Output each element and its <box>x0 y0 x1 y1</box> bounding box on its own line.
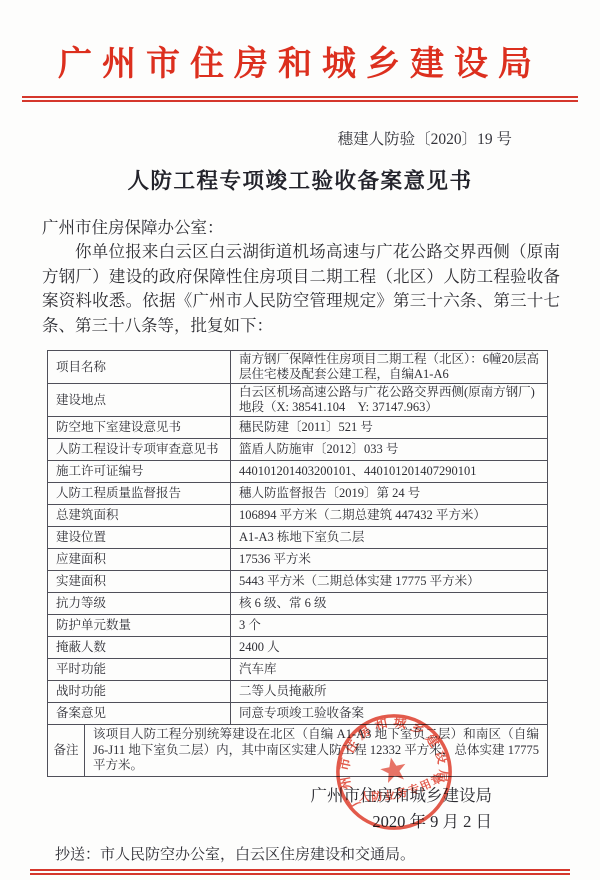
cc-line: 抄送：市人民防空办公室，白云区住房建设和交通局。 <box>55 843 560 864</box>
row-label: 人防工程设计专项审查意见书 <box>48 439 231 461</box>
row-label: 施工许可证编号 <box>48 461 231 483</box>
row-label: 掩蔽人数 <box>48 637 231 659</box>
table-row: 应建面积 17536 平方米 <box>48 549 548 571</box>
document-number: 穗建人防验〔2020〕19 号 <box>0 127 600 149</box>
table-row: 人防工程质量监督报告 穗人防监督报告〔2019〕第 24 号 <box>48 483 548 505</box>
row-value: 二等人员掩蔽所 <box>231 681 548 703</box>
footer-divider-line <box>30 869 570 875</box>
project-info-table: 项目名称 南方钢厂保障性住房项目二期工程（北区）：6幢20层高层住宅楼及配套公建… <box>47 350 548 725</box>
row-label: 防空地下室建设意见书 <box>48 417 231 439</box>
remark-value: 该项目人防工程分别统筹建设在北区（自编 A1-A3 地下室负二层）和南区（自编 … <box>85 725 548 776</box>
row-value: 穗民防建〔2011〕521 号 <box>231 417 548 439</box>
row-value: 汽车库 <box>231 659 548 681</box>
row-label: 建设地点 <box>48 384 231 417</box>
row-label: 建设位置 <box>48 527 231 549</box>
row-value: 17536 平方米 <box>231 549 548 571</box>
row-value: 106894 平方米（二期总建筑 447432 平方米） <box>231 505 548 527</box>
table-row: 掩蔽人数 2400 人 <box>48 637 548 659</box>
table-row: 人防工程设计专项审查意见书 篮盾人防施审〔2012〕033 号 <box>48 439 548 461</box>
row-value: 440101201403200101、440101201407290101 <box>231 461 548 483</box>
table-row: 实建面积 5443 平方米（二期总体实建 17775 平方米） <box>48 571 548 593</box>
row-label: 总建筑面积 <box>48 505 231 527</box>
row-value: 白云区机场高速公路与广花公路交界西侧(原南方钢厂)地段（X: 38541.104… <box>231 384 548 417</box>
document-title: 人防工程专项竣工验收备案意见书 <box>0 164 600 195</box>
row-label: 备案意见 <box>48 703 231 725</box>
remark-row: 备注 该项目人防工程分别统筹建设在北区（自编 A1-A3 地下室负二层）和南区（… <box>48 725 548 776</box>
row-value: 穗人防监督报告〔2019〕第 24 号 <box>231 483 548 505</box>
remark-table: 备注 该项目人防工程分别统筹建设在北区（自编 A1-A3 地下室负二层）和南区（… <box>47 724 548 776</box>
table-row: 建设地点 白云区机场高速公路与广花公路交界西侧(原南方钢厂)地段（X: 3854… <box>48 384 548 417</box>
row-value: 2400 人 <box>231 637 548 659</box>
table-row: 防空地下室建设意见书 穗民防建〔2011〕521 号 <box>48 417 548 439</box>
table-row: 施工许可证编号 440101201403200101、4401012014072… <box>48 461 548 483</box>
row-value: 3 个 <box>231 615 548 637</box>
table-row: 平时功能 汽车库 <box>48 659 548 681</box>
row-value: 核 6 级、常 6 级 <box>231 593 548 615</box>
row-value: 南方钢厂保障性住房项目二期工程（北区）：6幢20层高层住宅楼及配套公建工程，自编… <box>231 351 548 384</box>
row-label: 平时功能 <box>48 659 231 681</box>
row-label: 人防工程质量监督报告 <box>48 483 231 505</box>
table-row: 建设位置 A1-A3 栋地下室负二层 <box>48 527 548 549</box>
row-label: 防护单元数量 <box>48 615 231 637</box>
table-row: 总建筑面积 106894 平方米（二期总建筑 447432 平方米） <box>48 505 548 527</box>
row-value: 篮盾人防施审〔2012〕033 号 <box>231 439 548 461</box>
signature-agency: 广州市住房和城乡建设局 <box>0 783 492 809</box>
row-label: 抗力等级 <box>48 593 231 615</box>
document-page: 广州市住房和城乡建设局 穗建人防验〔2020〕19 号 人防工程专项竣工验收备案… <box>0 0 600 880</box>
row-label: 实建面积 <box>48 571 231 593</box>
row-value: 5443 平方米（二期总体实建 17775 平方米） <box>231 571 548 593</box>
row-label: 项目名称 <box>48 351 231 384</box>
body-paragraph: 你单位报来白云区白云湖街道机场高速与广花公路交界西侧（原南方钢厂）建设的政府保障… <box>42 240 560 338</box>
row-label: 战时功能 <box>48 681 231 703</box>
row-value: 同意专项竣工验收备案 <box>231 703 548 725</box>
table-row: 备案意见 同意专项竣工验收备案 <box>48 703 548 725</box>
row-label: 应建面积 <box>48 549 231 571</box>
table-row: 防护单元数量 3 个 <box>48 615 548 637</box>
table-row: 抗力等级 核 6 级、常 6 级 <box>48 593 548 615</box>
table-row: 项目名称 南方钢厂保障性住房项目二期工程（北区）：6幢20层高层住宅楼及配套公建… <box>48 351 548 384</box>
salutation-line: 广州市住房保障办公室： <box>42 214 560 238</box>
signature-date: 2020 年 9 月 2 日 <box>0 809 492 835</box>
row-value: A1-A3 栋地下室负二层 <box>231 527 548 549</box>
letterhead-divider-line <box>22 96 578 102</box>
letterhead-agency-title: 广州市住房和城乡建设局 <box>0 0 600 85</box>
signature-block: 广州市住房和城乡建设局 2020 年 9 月 2 日 <box>0 783 600 835</box>
remark-label: 备注 <box>48 725 85 776</box>
table-row: 战时功能 二等人员掩蔽所 <box>48 681 548 703</box>
